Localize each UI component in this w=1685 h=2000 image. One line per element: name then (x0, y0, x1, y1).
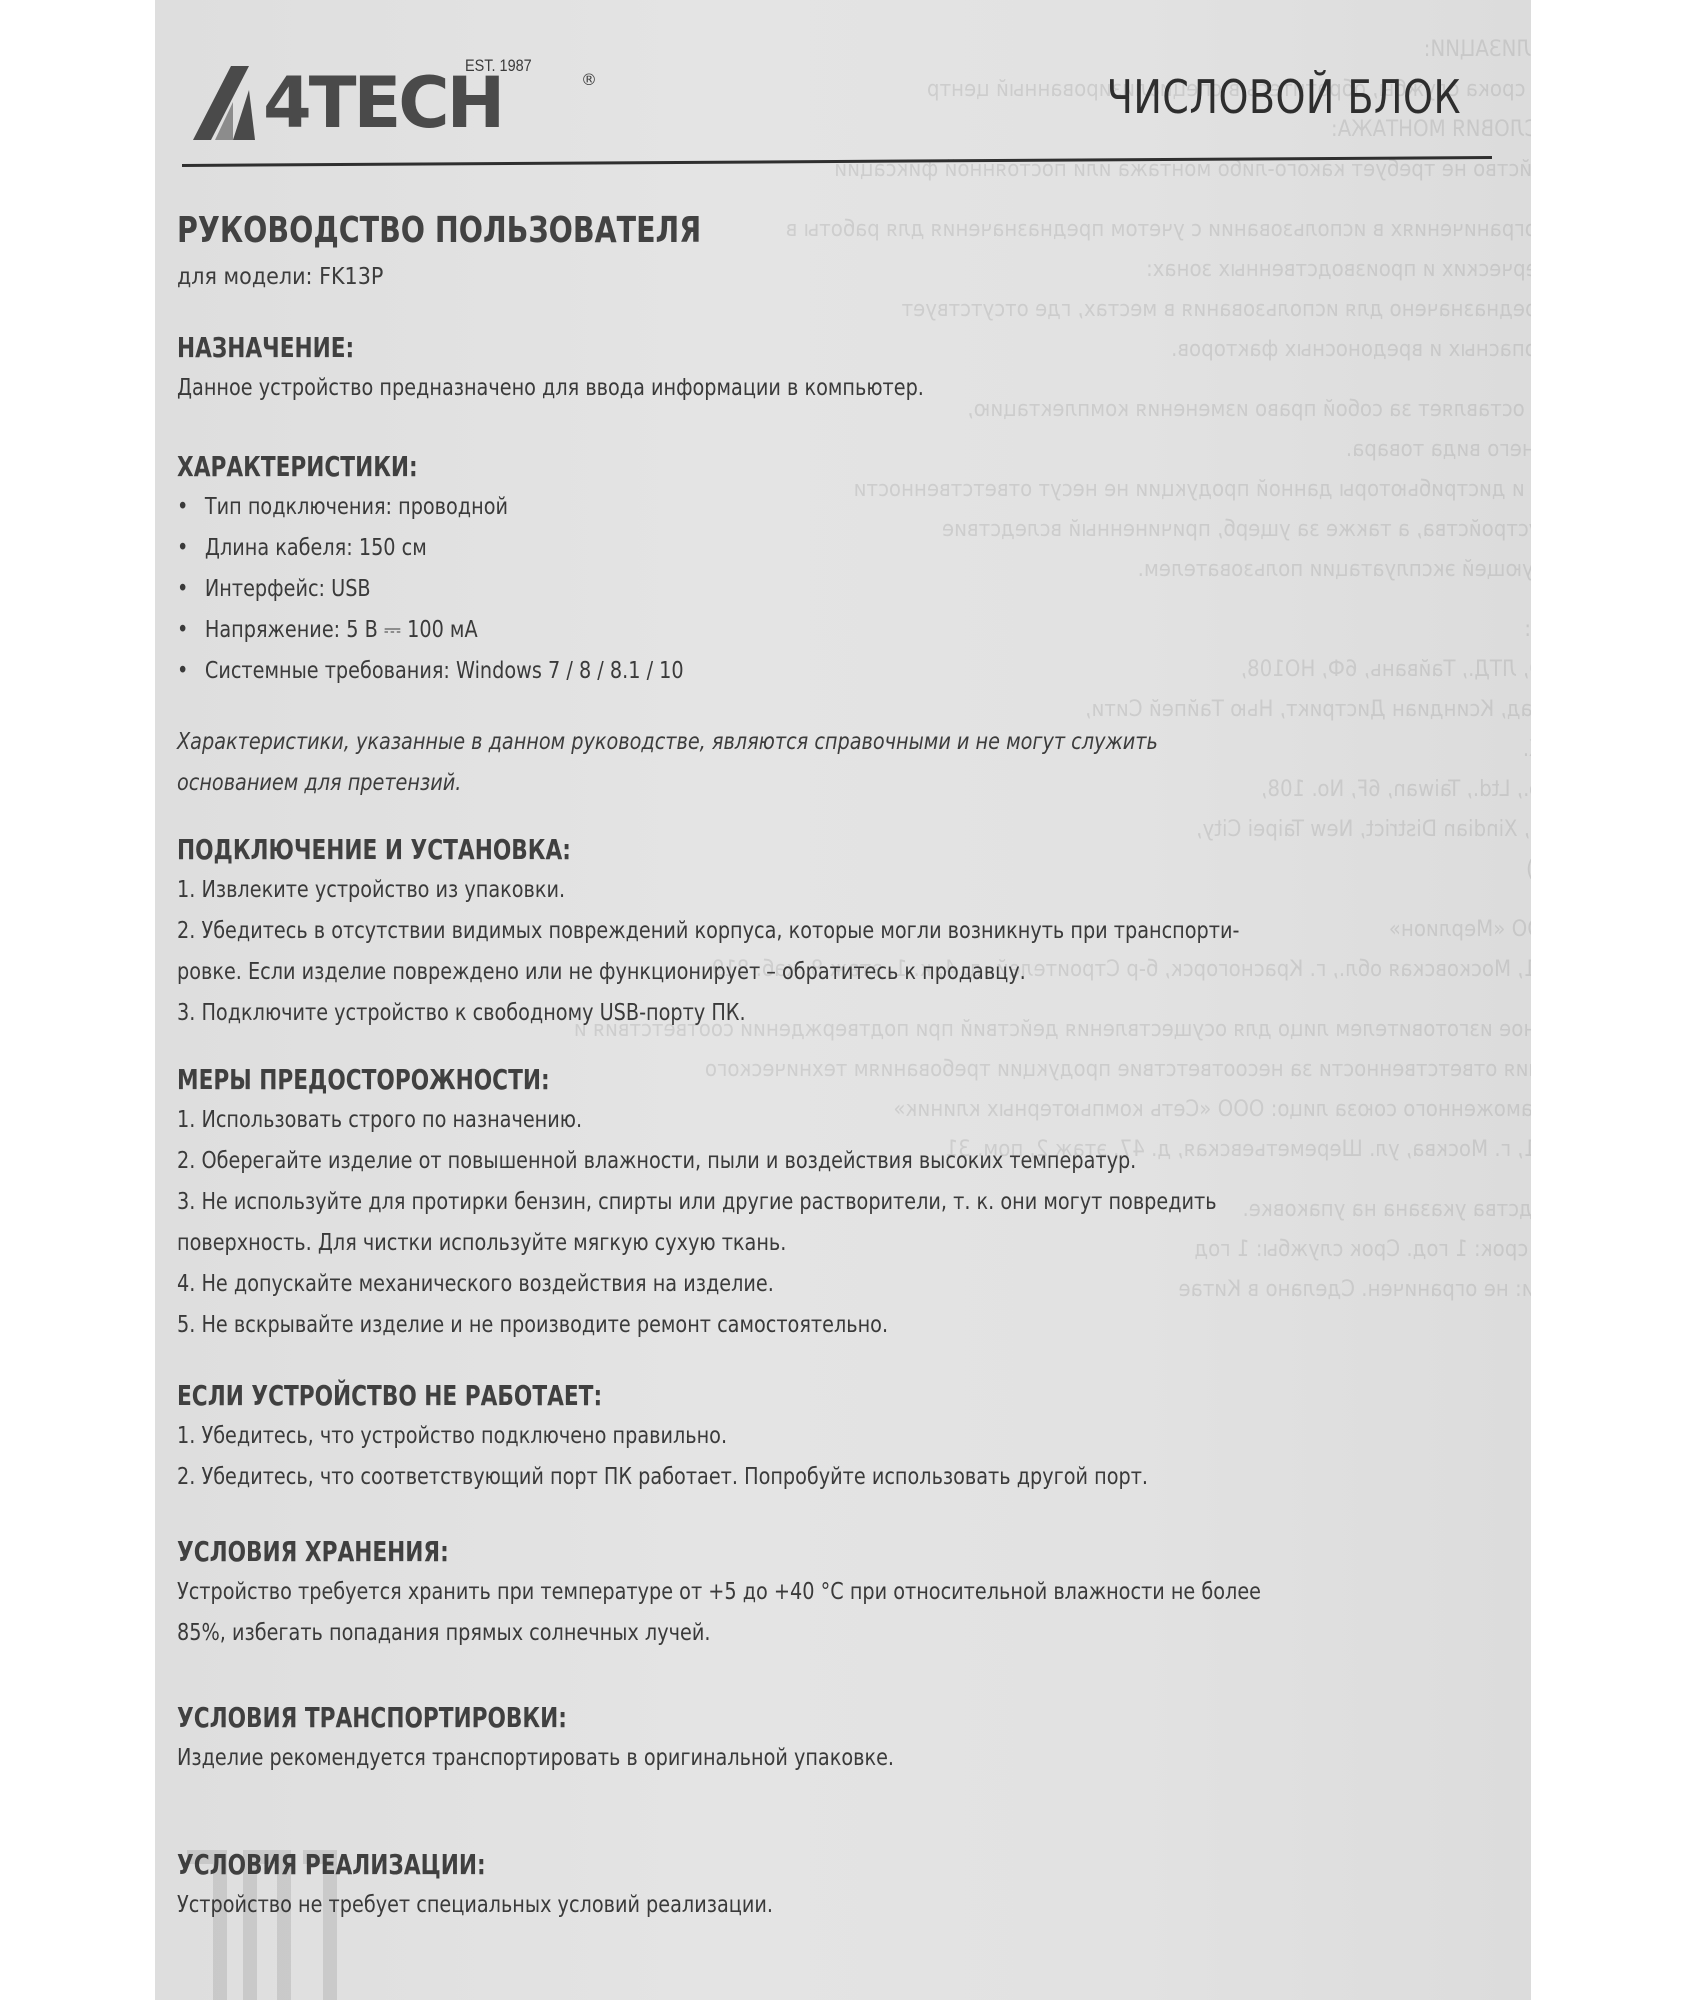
section-storage: УСЛОВИЯ ХРАНЕНИЯ: Устройство требуется х… (177, 1532, 1507, 1654)
section-transport: УСЛОВИЯ ТРАНСПОРТИРОВКИ: Изделие рекомен… (177, 1698, 1507, 1779)
a4tech-logo-mark-icon (193, 62, 273, 142)
install-step: 1. Извлеките устройство из упаковки. (177, 870, 1414, 911)
storage-text: Устройство требуется хранить при темпера… (177, 1572, 1414, 1613)
section-heading: ХАРАКТЕРИСТИКИ: (177, 447, 1321, 487)
section-troubleshooting: ЕСЛИ УСТРОЙСТВО НЕ РАБОТАЕТ: 1. Убедитес… (177, 1376, 1507, 1498)
bullet-icon: • (177, 651, 205, 692)
specs-disclaimer-line: основанием для претензий. (177, 763, 1414, 804)
troubleshooting-step: 2. Убедитесь, что соответствующий порт П… (177, 1457, 1414, 1498)
install-step: 2. Убедитесь в отсутствии видимых повреж… (177, 911, 1414, 952)
section-heading: УСЛОВИЯ РЕАЛИЗАЦИИ: (177, 1845, 1321, 1885)
bullet-icon: • (177, 569, 205, 610)
spec-item: •Интерфейс: USB (177, 569, 1414, 610)
product-title: ЧИСЛОВОЙ БЛОК (1107, 70, 1461, 124)
precaution-item: 2. Оберегайте изделие от повышенной влаж… (177, 1141, 1414, 1182)
section-specs: ХАРАКТЕРИСТИКИ: •Тип подключения: провод… (177, 447, 1507, 804)
section-precautions: МЕРЫ ПРЕДОСТОРОЖНОСТИ: 1. Использовать с… (177, 1060, 1507, 1346)
page-watermark (187, 1850, 337, 2000)
section-heading: УСЛОВИЯ ТРАНСПОРТИРОВКИ: (177, 1698, 1321, 1738)
manual-content: РУКОВОДСТВО ПОЛЬЗОВАТЕЛЯ для модели: FK1… (177, 208, 1507, 1926)
precaution-item: 1. Использовать строго по назначению. (177, 1100, 1414, 1141)
section-heading: УСЛОВИЯ ХРАНЕНИЯ: (177, 1532, 1321, 1572)
bleed-line: УСЛОВИЯ УТИЛИЗАЦИИ: (915, 30, 1531, 70)
section-heading: ПОДКЛЮЧЕНИЕ И УСТАНОВКА: (177, 830, 1321, 870)
bullet-icon: • (177, 528, 205, 569)
purpose-text: Данное устройство предназначено для ввод… (177, 368, 1414, 409)
sale-text: Устройство не требует специальных услови… (177, 1885, 1414, 1926)
section-heading: ЕСЛИ УСТРОЙСТВО НЕ РАБОТАЕТ: (177, 1376, 1321, 1416)
install-step: ровке. Если изделие повреждено или не фу… (177, 952, 1414, 993)
manual-page: УСЛОВИЯ УТИЛИЗАЦИИ:По истечении срока сл… (155, 0, 1531, 2000)
section-heading: НАЗНАЧЕНИЕ: (177, 328, 1321, 368)
troubleshooting-step: 1. Убедитесь, что устройство подключено … (177, 1416, 1414, 1457)
spec-item: •Системные требования: Windows 7 / 8 / 8… (177, 651, 1414, 692)
specs-list: •Тип подключения: проводной •Длина кабел… (177, 487, 1507, 692)
brand-wordmark: 4TECH (263, 68, 502, 138)
brand-logo: EST. 1987 4TECH ® (193, 50, 593, 150)
section-sale: УСЛОВИЯ РЕАЛИЗАЦИИ: Устройство не требуе… (177, 1845, 1507, 1926)
bullet-icon: • (177, 610, 205, 651)
section-heading: МЕРЫ ПРЕДОСТОРОЖНОСТИ: (177, 1060, 1321, 1100)
precaution-item: 3. Не используйте для протирки бензин, с… (177, 1182, 1414, 1223)
document-title: РУКОВОДСТВО ПОЛЬЗОВАТЕЛЯ (177, 208, 1347, 254)
precaution-item: 4. Не допускайте механического воздейств… (177, 1264, 1414, 1305)
precaution-item: поверхность. Для чистки используйте мягк… (177, 1223, 1414, 1264)
section-install: ПОДКЛЮЧЕНИЕ И УСТАНОВКА: 1. Извлеките ус… (177, 830, 1507, 1034)
storage-text: 85%, избегать попадания прямых солнечных… (177, 1613, 1414, 1654)
spec-item: •Тип подключения: проводной (177, 487, 1414, 528)
transport-text: Изделие рекомендуется транспортировать в… (177, 1738, 1414, 1779)
precaution-item: 5. Не вскрывайте изделие и не производит… (177, 1305, 1414, 1346)
spec-item: •Длина кабеля: 150 см (177, 528, 1414, 569)
section-purpose: НАЗНАЧЕНИЕ: Данное устройство предназнач… (177, 328, 1507, 409)
specs-disclaimer-line: Характеристики, указанные в данном руков… (177, 722, 1414, 763)
model-line: для модели: FK13P (177, 260, 1507, 294)
bullet-icon: • (177, 487, 205, 528)
registered-mark: ® (581, 70, 597, 89)
install-step: 3. Подключите устройство к свободному US… (177, 993, 1414, 1034)
spec-item: •Напряжение: 5 В ⎓ 100 мА (177, 610, 1414, 651)
